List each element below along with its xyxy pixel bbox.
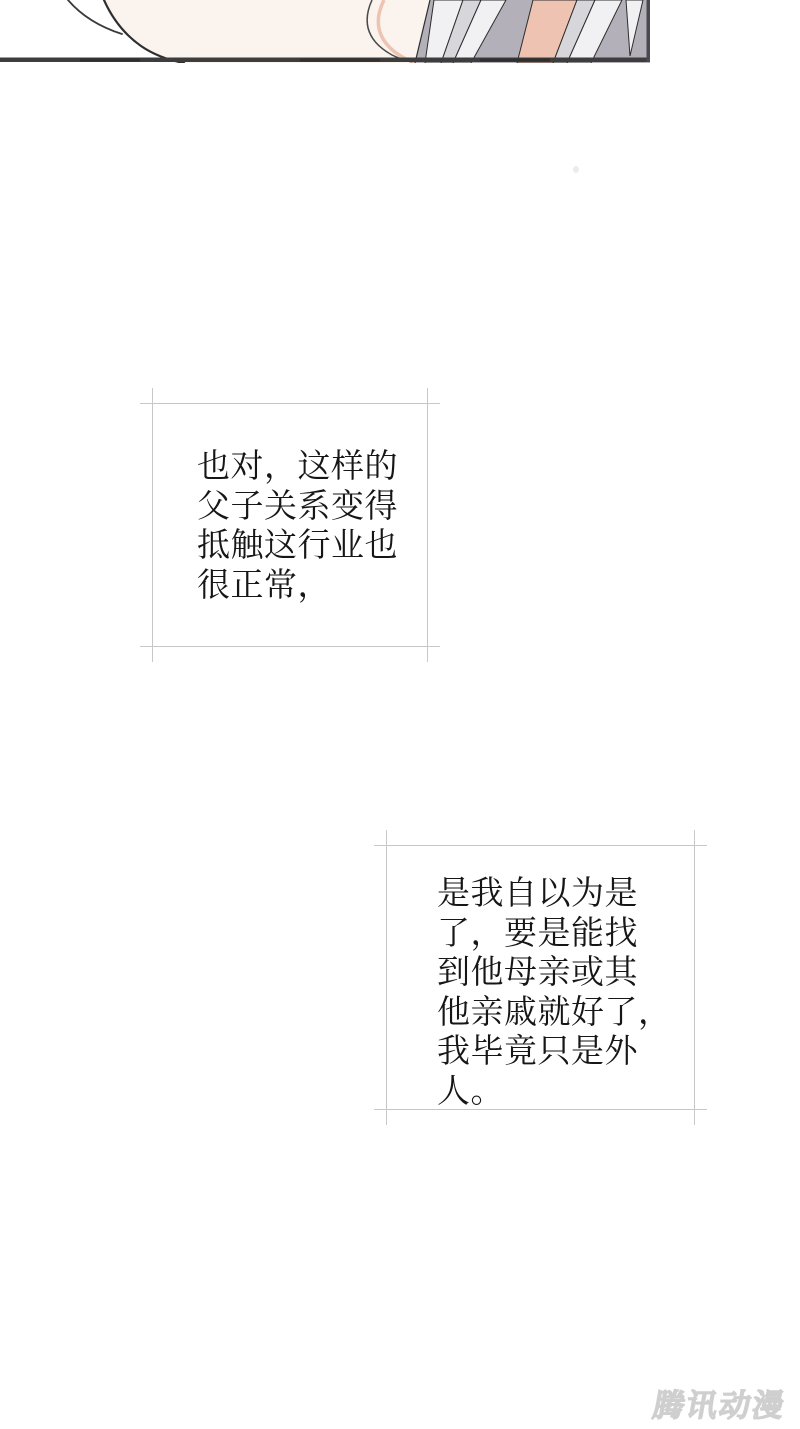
border-tick	[374, 1109, 387, 1110]
border-tick	[427, 403, 440, 404]
border-tick	[386, 830, 387, 846]
stray-mark	[573, 166, 579, 173]
speech-text-1: 也对，这样的 父子关系变得 抵触这行业也 很正常，	[153, 404, 427, 604]
panel-border-texture	[480, 59, 550, 62]
speech-line: 抵触这行业也	[197, 525, 427, 565]
border-tick	[386, 1109, 387, 1125]
speech-line: 人。	[437, 1071, 694, 1111]
speech-box-2: 是我自以为是 了，要是能找 到他母亲或其 他亲戚就好了， 我毕竟只是外 人。	[386, 845, 695, 1110]
manga-panel-art	[0, 0, 800, 63]
border-tick	[427, 646, 440, 647]
speech-line: 他亲戚就好了，	[437, 992, 694, 1032]
speech-box-1: 也对，这样的 父子关系变得 抵触这行业也 很正常，	[152, 403, 428, 647]
border-tick	[694, 1109, 695, 1125]
hair-strands	[415, 0, 650, 63]
border-tick	[152, 388, 153, 404]
border-tick	[427, 646, 428, 662]
border-tick	[374, 845, 387, 846]
speech-line: 很正常，	[197, 565, 427, 605]
speech-line: 到他母亲或其	[437, 952, 694, 992]
border-tick	[694, 1109, 707, 1110]
panel-right-edge	[647, 0, 651, 62]
panel-border-texture	[300, 59, 380, 62]
speech-line: 了，要是能找	[437, 913, 694, 953]
panel-border-texture	[80, 59, 140, 62]
border-tick	[140, 646, 153, 647]
tencent-comics-watermark: 腾讯动漫	[650, 1380, 790, 1425]
speech-line: 我毕竟只是外	[437, 1031, 694, 1071]
border-tick	[694, 845, 707, 846]
speech-line: 也对，这样的	[197, 446, 427, 486]
border-tick	[140, 403, 153, 404]
speech-line: 是我自以为是	[437, 873, 694, 913]
comic-page: 也对，这样的 父子关系变得 抵触这行业也 很正常， 是我自以为是 了，要是能找 …	[0, 0, 800, 1429]
border-tick	[694, 830, 695, 846]
border-tick	[427, 388, 428, 404]
border-tick	[152, 646, 153, 662]
speech-text-2: 是我自以为是 了，要是能找 到他母亲或其 他亲戚就好了， 我毕竟只是外 人。	[387, 846, 694, 1110]
speech-line: 父子关系变得	[197, 486, 427, 526]
